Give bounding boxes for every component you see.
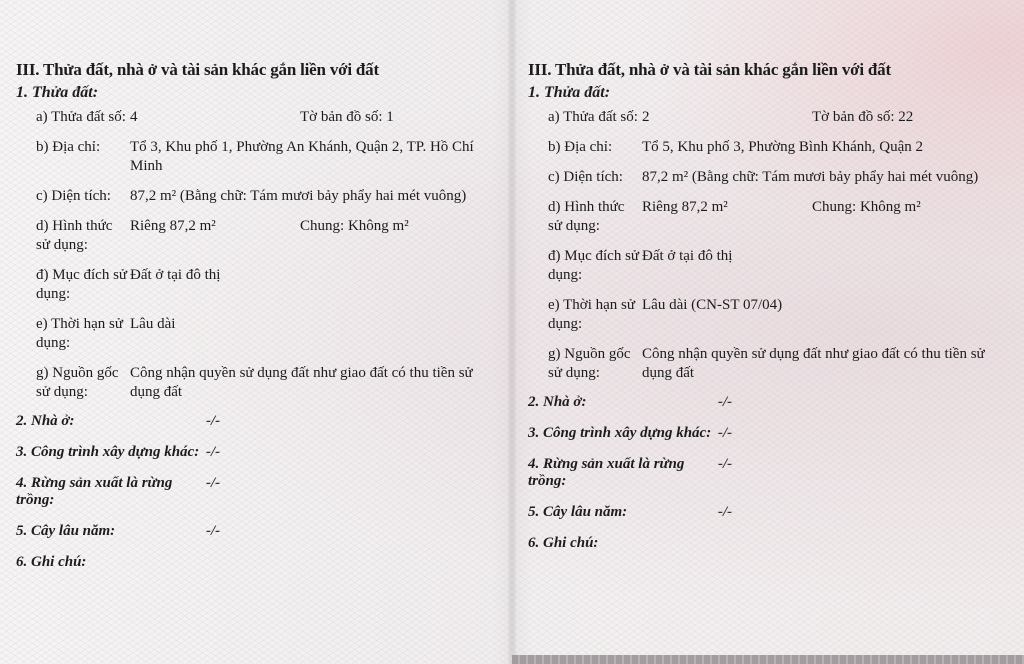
field-value: Đất ở tại đô thị [130, 266, 506, 304]
right-field-purpose: đ) Mục đích sử dụng: Đất ở tại đô thị [548, 247, 1018, 285]
section-value: -/- [206, 475, 220, 509]
section-value: -/- [206, 413, 220, 430]
field-label: c) Diện tích: [36, 187, 130, 206]
section-label: 4. Rừng sản xuất là rừng trồng: [16, 475, 206, 509]
section-label: 2. Nhà ở: [528, 394, 718, 411]
field-label: a) Thửa đất số: [548, 108, 642, 127]
section-label: 2. Nhà ở: [16, 413, 206, 430]
field-value: 87,2 m² (Bằng chữ: Tám mươi bảy phẩy hai… [642, 168, 1018, 187]
field-value: 2 [642, 108, 812, 127]
left-page-title: III. Thửa đất, nhà ở và tài sản khác gắn… [16, 60, 506, 80]
field-value-2: 22 [898, 108, 913, 127]
field-label: g) Nguồn gốc sử dụng: [548, 345, 642, 383]
field-label: đ) Mục đích sử dụng: [36, 266, 130, 304]
right-section-perennial-trees: 5. Cây lâu năm: -/- [528, 504, 1018, 521]
field-value: Công nhận quyền sử dụng đất như giao đất… [642, 345, 1018, 383]
scan-edge-strip [512, 655, 1024, 664]
field-value: Đất ở tại đô thị [642, 247, 1018, 285]
left-page: III. Thửa đất, nhà ở và tài sản khác gắn… [16, 52, 506, 585]
right-field-parcel: a) Thửa đất số: 2 Tờ bản đồ số: 22 [548, 108, 1018, 127]
field-value: Lâu dài [130, 315, 506, 353]
field-label: g) Nguồn gốc sử dụng: [36, 364, 130, 402]
field-label-2: Tờ bản đồ số: [812, 108, 895, 127]
section-value: -/- [718, 394, 732, 411]
section-label: 4. Rừng sản xuất là rừng trồng: [528, 456, 718, 490]
right-field-address: b) Địa chỉ: Tổ 5, Khu phố 3, Phường Bình… [548, 138, 1018, 157]
left-field-area: c) Diện tích: 87,2 m² (Bằng chữ: Tám mươ… [36, 187, 506, 206]
section-label: 6. Ghi chú: [528, 535, 718, 552]
section-label: 5. Cây lâu năm: [16, 523, 206, 540]
field-value: 87,2 m² (Bằng chữ: Tám mươi bảy phẩy hai… [130, 187, 506, 206]
field-label-2: Tờ bản đồ số: [300, 108, 383, 127]
right-field-area: c) Diện tích: 87,2 m² (Bằng chữ: Tám mươ… [548, 168, 1018, 187]
right-section-house: 2. Nhà ở: -/- [528, 394, 1018, 411]
section-label: 6. Ghi chú: [16, 554, 206, 571]
field-label-2: Chung: [812, 198, 856, 236]
section-value: -/- [718, 504, 732, 521]
right-page: III. Thửa đất, nhà ở và tài sản khác gắn… [528, 52, 1018, 566]
field-value-2: 1 [386, 108, 394, 127]
left-field-origin: g) Nguồn gốc sử dụng: Công nhận quyền sử… [36, 364, 506, 402]
field-value-2: Không m² [860, 198, 921, 236]
field-value: Tổ 5, Khu phố 3, Phường Bình Khánh, Quận… [642, 138, 1018, 157]
left-section-perennial-trees: 5. Cây lâu năm: -/- [16, 523, 506, 540]
field-label: c) Diện tích: [548, 168, 642, 187]
right-field-origin: g) Nguồn gốc sử dụng: Công nhận quyền sử… [548, 345, 1018, 383]
field-label: a) Thửa đất số: [36, 108, 130, 127]
section-label: 5. Cây lâu năm: [528, 504, 718, 521]
left-field-usage-form: d) Hình thức sử dụng: Riêng 87,2 m² Chun… [36, 217, 506, 255]
field-value: Riêng 87,2 m² [642, 198, 812, 236]
field-label: d) Hình thức sử dụng: [36, 217, 130, 255]
right-field-duration: e) Thời hạn sử dụng: Lâu dài (CN-ST 07/0… [548, 296, 1018, 334]
right-field-usage-form: d) Hình thức sử dụng: Riêng 87,2 m² Chun… [548, 198, 1018, 236]
left-section-forest: 4. Rừng sản xuất là rừng trồng: -/- [16, 475, 506, 509]
field-value: 4 [130, 108, 300, 127]
field-label: e) Thời hạn sử dụng: [548, 296, 642, 334]
field-value-2: Không m² [348, 217, 409, 255]
section-value: -/- [206, 444, 220, 461]
section-label: 3. Công trình xây dựng khác: [528, 425, 718, 442]
field-label: b) Địa chỉ: [548, 138, 642, 157]
left-field-parcel: a) Thửa đất số: 4 Tờ bản đồ số: 1 [36, 108, 506, 127]
field-value: Công nhận quyền sử dụng đất như giao đất… [130, 364, 506, 402]
page-spine [508, 0, 516, 664]
section-value: -/- [718, 456, 732, 490]
left-section-other-construction: 3. Công trình xây dựng khác: -/- [16, 444, 506, 461]
right-section-notes: 6. Ghi chú: [528, 535, 1018, 552]
left-section-notes: 6. Ghi chú: [16, 554, 506, 571]
field-label: đ) Mục đích sử dụng: [548, 247, 642, 285]
left-field-duration: e) Thời hạn sử dụng: Lâu dài [36, 315, 506, 353]
field-value: Tổ 3, Khu phố 1, Phường An Khánh, Quận 2… [130, 138, 506, 176]
field-label: d) Hình thức sử dụng: [548, 198, 642, 236]
right-section-forest: 4. Rừng sản xuất là rừng trồng: -/- [528, 456, 1018, 490]
field-label: e) Thời hạn sử dụng: [36, 315, 130, 353]
field-label-2: Chung: [300, 217, 344, 255]
field-value: Riêng 87,2 m² [130, 217, 300, 255]
field-value: Lâu dài (CN-ST 07/04) [642, 296, 1018, 334]
section-label: 3. Công trình xây dựng khác: [16, 444, 206, 461]
field-label: b) Địa chỉ: [36, 138, 130, 176]
right-section-1-heading: 1. Thửa đất: [528, 84, 1018, 102]
section-value: -/- [206, 523, 220, 540]
right-page-title: III. Thửa đất, nhà ở và tài sản khác gắn… [528, 60, 1018, 80]
left-section-1-heading: 1. Thửa đất: [16, 84, 506, 102]
left-field-purpose: đ) Mục đích sử dụng: Đất ở tại đô thị [36, 266, 506, 304]
right-section-other-construction: 3. Công trình xây dựng khác: -/- [528, 425, 1018, 442]
left-section-house: 2. Nhà ở: -/- [16, 413, 506, 430]
section-value: -/- [718, 425, 732, 442]
left-field-address: b) Địa chỉ: Tổ 3, Khu phố 1, Phường An K… [36, 138, 506, 176]
